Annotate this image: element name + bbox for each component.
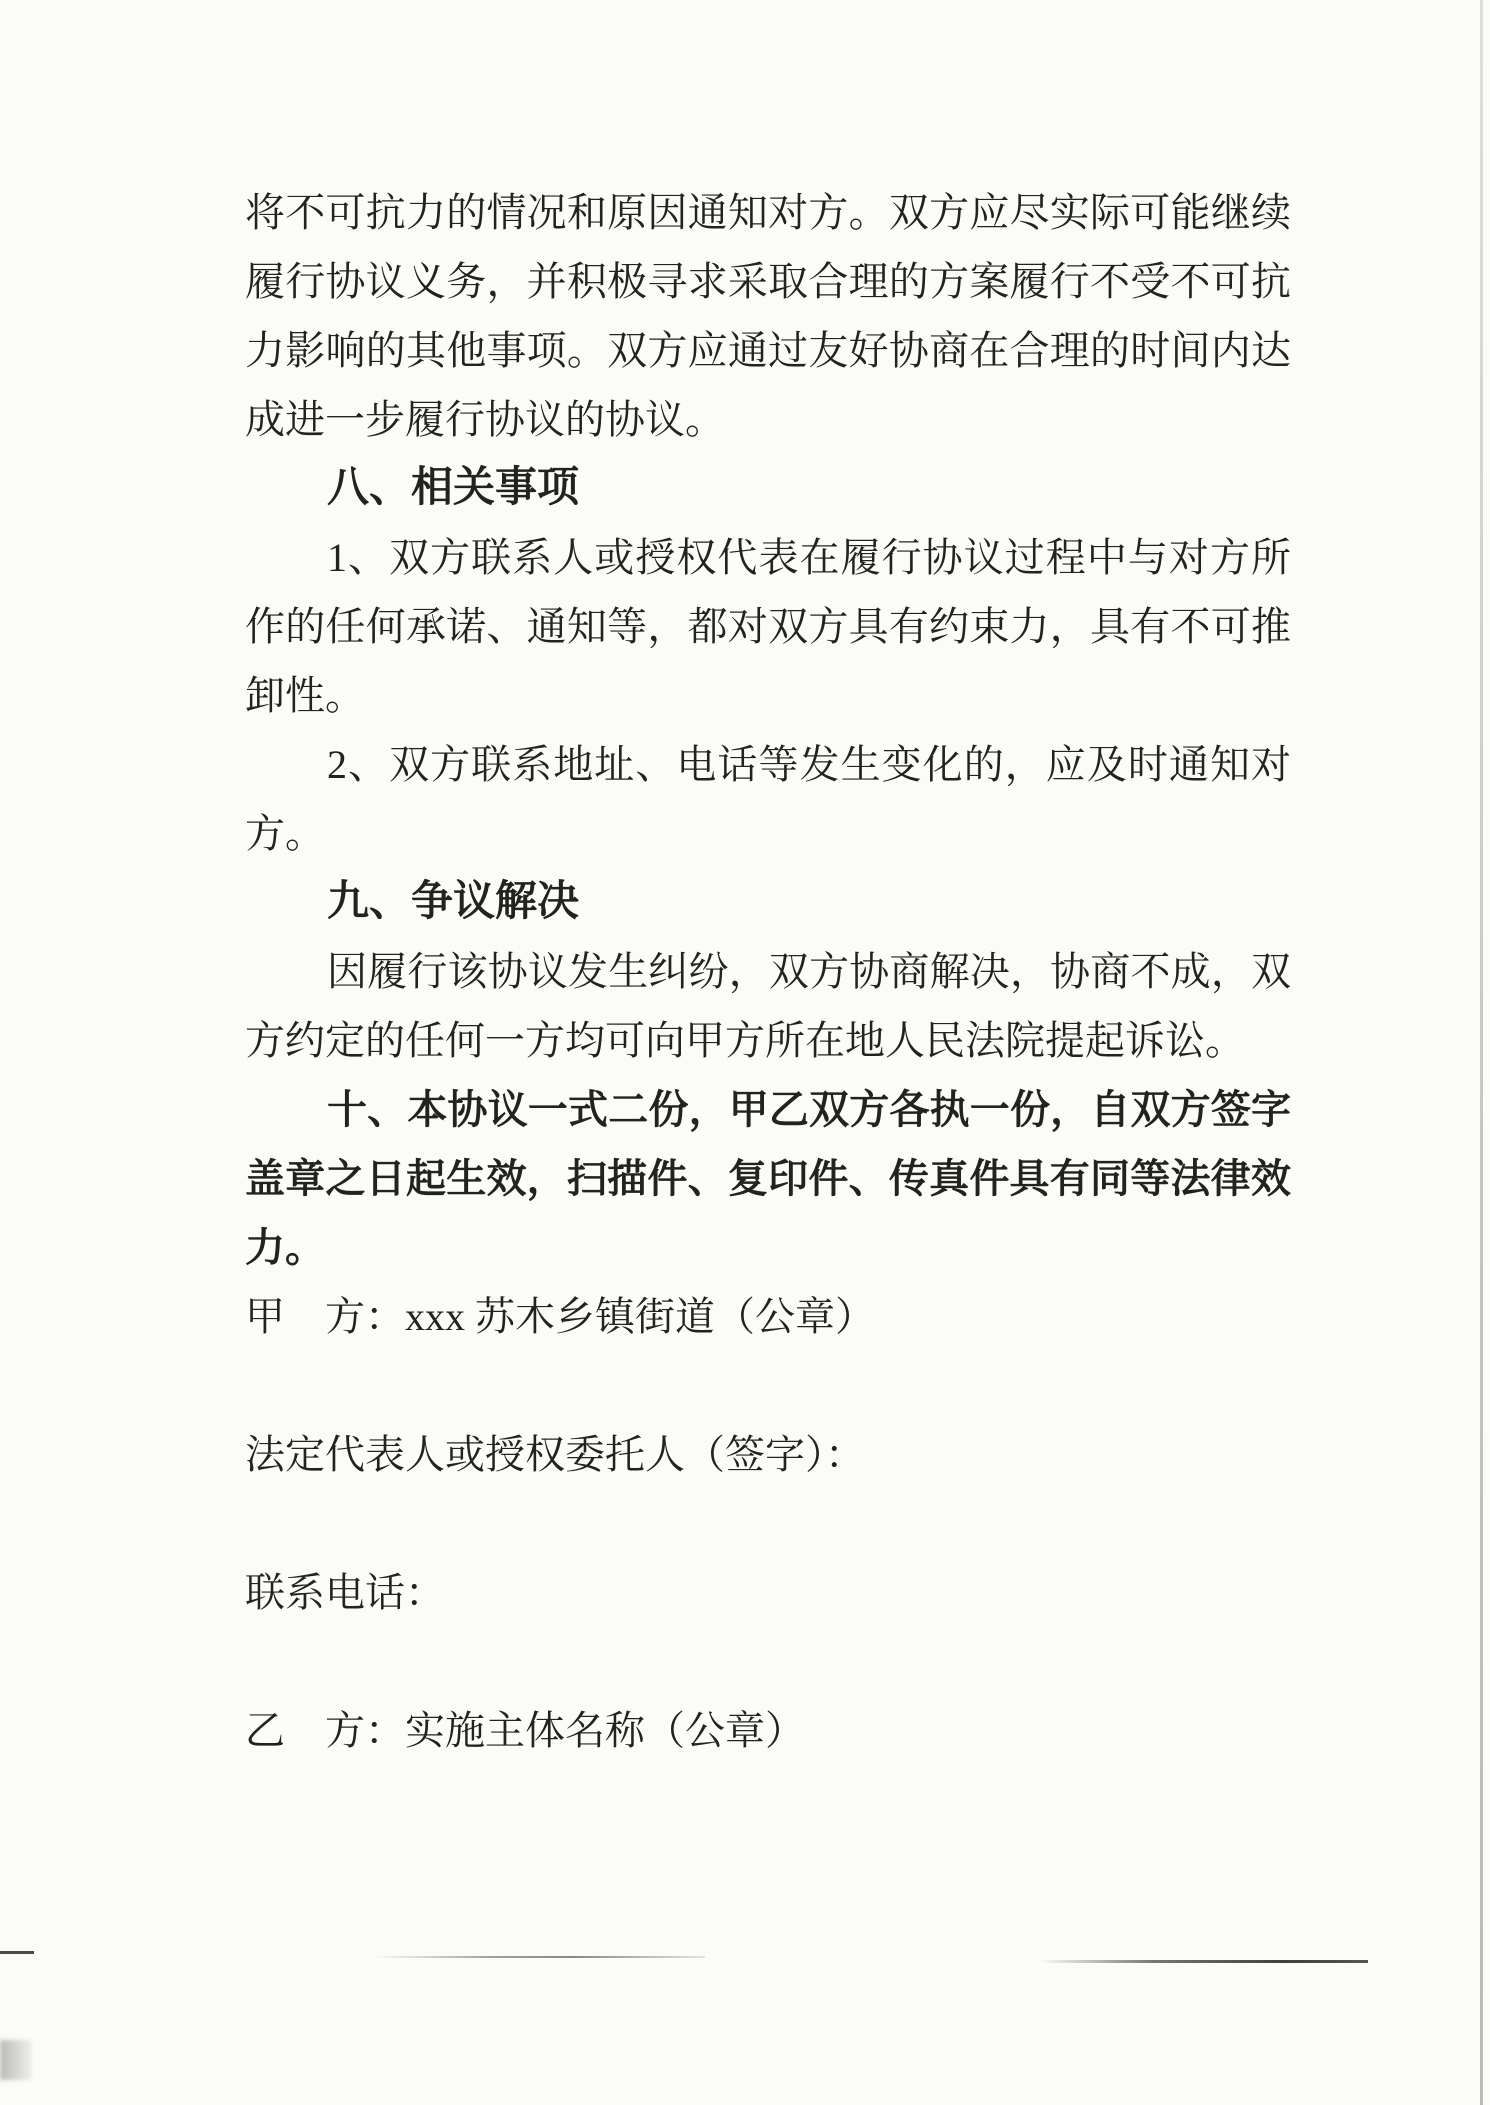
scan-smudge <box>0 2040 32 2080</box>
section-heading: 九、争议解决 <box>245 868 1291 937</box>
scan-streak-middle <box>375 1956 705 1958</box>
signature-line: 甲 方：xxx 苏木乡镇街道（公章） <box>245 1282 1291 1351</box>
body-text-line: 卸性。 <box>245 661 1291 730</box>
scan-streak-right <box>1040 1960 1368 1963</box>
body-text-line: 将不可抗力的情况和原因通知对方。双方应尽实际可能继续 <box>245 178 1291 247</box>
body-text-line: 履行协议义务，并积极寻求采取合理的方案履行不受不可抗 <box>245 247 1291 316</box>
body-text-line: 力。 <box>245 1213 1291 1282</box>
body-text-line: 十、本协议一式二份，甲乙双方各执一份，自双方签字 <box>245 1075 1291 1144</box>
blank-line <box>245 1351 1291 1420</box>
body-text-line: 因履行该协议发生纠纷，双方协商解决，协商不成，双 <box>245 937 1291 1006</box>
paper-edge-line <box>1480 0 1483 2105</box>
body-text-line: 2、双方联系地址、电话等发生变化的，应及时通知对 <box>245 730 1291 799</box>
scan-streak-left <box>0 1951 34 1954</box>
scanned-document-page: 将不可抗力的情况和原因通知对方。双方应尽实际可能继续履行协议义务，并积极寻求采取… <box>0 0 1490 2105</box>
blank-line <box>245 1489 1291 1558</box>
signature-line: 联系电话： <box>245 1558 1291 1627</box>
section-heading: 八、相关事项 <box>245 454 1291 523</box>
body-text-line: 力影响的其他事项。双方应通过友好协商在合理的时间内达 <box>245 316 1291 385</box>
signature-line: 乙 方：实施主体名称（公章） <box>245 1696 1291 1765</box>
signature-line: 法定代表人或授权委托人（签字）： <box>245 1420 1291 1489</box>
body-text-line: 方。 <box>245 799 1291 868</box>
body-text-line: 1、双方联系人或授权代表在履行协议过程中与对方所 <box>245 523 1291 592</box>
body-text-line: 作的任何承诺、通知等，都对双方具有约束力，具有不可推 <box>245 592 1291 661</box>
body-text-line: 盖章之日起生效，扫描件、复印件、传真件具有同等法律效 <box>245 1144 1291 1213</box>
document-text-block: 将不可抗力的情况和原因通知对方。双方应尽实际可能继续履行协议义务，并积极寻求采取… <box>245 178 1291 1765</box>
body-text-line: 方约定的任何一方均可向甲方所在地人民法院提起诉讼。 <box>245 1006 1291 1075</box>
blank-line <box>245 1627 1291 1696</box>
body-text-line: 成进一步履行协议的协议。 <box>245 385 1291 454</box>
